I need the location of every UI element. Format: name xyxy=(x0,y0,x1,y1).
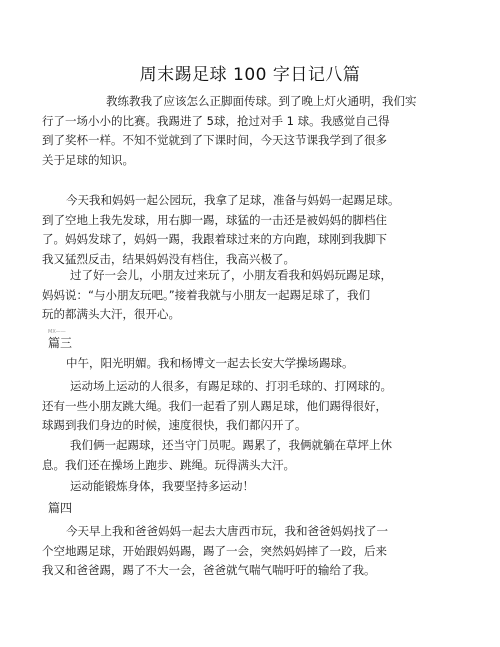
text-line: 我们俩一起踢球，还当守门员呢。踢累了，我俩就躺在草坪上休 xyxy=(42,436,457,456)
paragraph-5: 运动场上运动的人很多，有踢足球的、打羽毛球的、打网球的。 还有一些小朋友跳大绳。… xyxy=(42,377,457,436)
section-heading-4: 篇四 xyxy=(48,499,72,516)
text-line: 还有一些小朋友跳大绳。我们一起看了别人踢足球，他们踢得很好， xyxy=(42,397,457,417)
text-line: 到了奖杯一样。不知不觉就到了下课时间，今天这节课我学到了很多 xyxy=(42,131,457,151)
text-line: 关于足球的知识。 xyxy=(42,151,457,171)
text-line: 行了一场小小的比赛。我踢进了 5球，抢过对手 1 球。我感觉自己得 xyxy=(42,112,457,132)
text-line: 过了好一会儿，小朋友过来玩了，小朋友看我和妈妈玩踢足球， xyxy=(42,266,457,286)
document-title: 周末踢足球 100 字日记八篇 xyxy=(0,60,500,85)
text-line: 我又和爸爸踢，踢了不大一会，爸爸就气喘气喘吁吁的输给了我。 xyxy=(42,561,457,581)
text-line: 教练教我了应该怎么正脚面传球。到了晚上灯火通明，我们实 xyxy=(42,92,457,112)
paragraph-7: 运动能锻炼身体，我要坚持多运动！ xyxy=(42,477,457,497)
paragraph-2: 今天我和妈妈一起公园玩，我拿了足球，准备与妈妈一起踢足球。 到了空地上我先发球，… xyxy=(42,191,457,269)
text-line: 运动能锻炼身体，我要坚持多运动！ xyxy=(42,477,457,497)
text-line: 妈妈说：“与小朋友玩吧。”接着我就与小朋友一起踢足球了，我们 xyxy=(42,286,457,306)
text-line: 了。妈妈发球了，妈妈一踢，我跟着球过来的方向跑，球刚到我脚下 xyxy=(42,230,457,250)
text-line: 个空地踢足球，开始跟妈妈踢，踢了一会，突然妈妈摔了一跤，后来 xyxy=(42,542,457,562)
paragraph-1: 教练教我了应该怎么正脚面传球。到了晚上灯火通明，我们实 行了一场小小的比赛。我踢… xyxy=(42,92,457,170)
text-line: 今天早上我和爸爸妈妈一起去大唐西市玩，我和爸爸妈妈找了一 xyxy=(42,522,457,542)
text-line: 到了空地上我先发球，用右脚一踢，球猛的一击还是被妈妈的脚档住 xyxy=(42,211,457,231)
paragraph-8: 今天早上我和爸爸妈妈一起去大唐西市玩，我和爸爸妈妈找了一 个空地踢足球，开始跟妈… xyxy=(42,522,457,581)
section-heading-3: 篇三 xyxy=(48,334,72,351)
text-line: 今天我和妈妈一起公园玩，我拿了足球，准备与妈妈一起踢足球。 xyxy=(42,191,457,211)
paragraph-3: 过了好一会儿，小朋友过来玩了，小朋友看我和妈妈玩踢足球， 妈妈说：“与小朋友玩吧… xyxy=(42,266,457,325)
text-line: 球踢到我们身边的时候，速度很快，我们都闪开了。 xyxy=(42,416,457,436)
text-line: 中午，阳光明媚。我和杨博文一起去长安大学操场踢球。 xyxy=(42,354,457,374)
text-line: 运动场上运动的人很多，有踢足球的、打羽毛球的、打网球的。 xyxy=(42,377,457,397)
text-line: 玩的都满头大汗，很开心。 xyxy=(42,305,457,325)
text-line: 息。我们还在操场上跑步、跳绳。玩得满头大汗。 xyxy=(42,456,457,476)
paragraph-6: 我们俩一起踢球，还当守门员呢。踢累了，我俩就躺在草坪上休 息。我们还在操场上跑步… xyxy=(42,436,457,475)
paragraph-4: 中午，阳光明媚。我和杨博文一起去长安大学操场踢球。 xyxy=(42,354,457,374)
